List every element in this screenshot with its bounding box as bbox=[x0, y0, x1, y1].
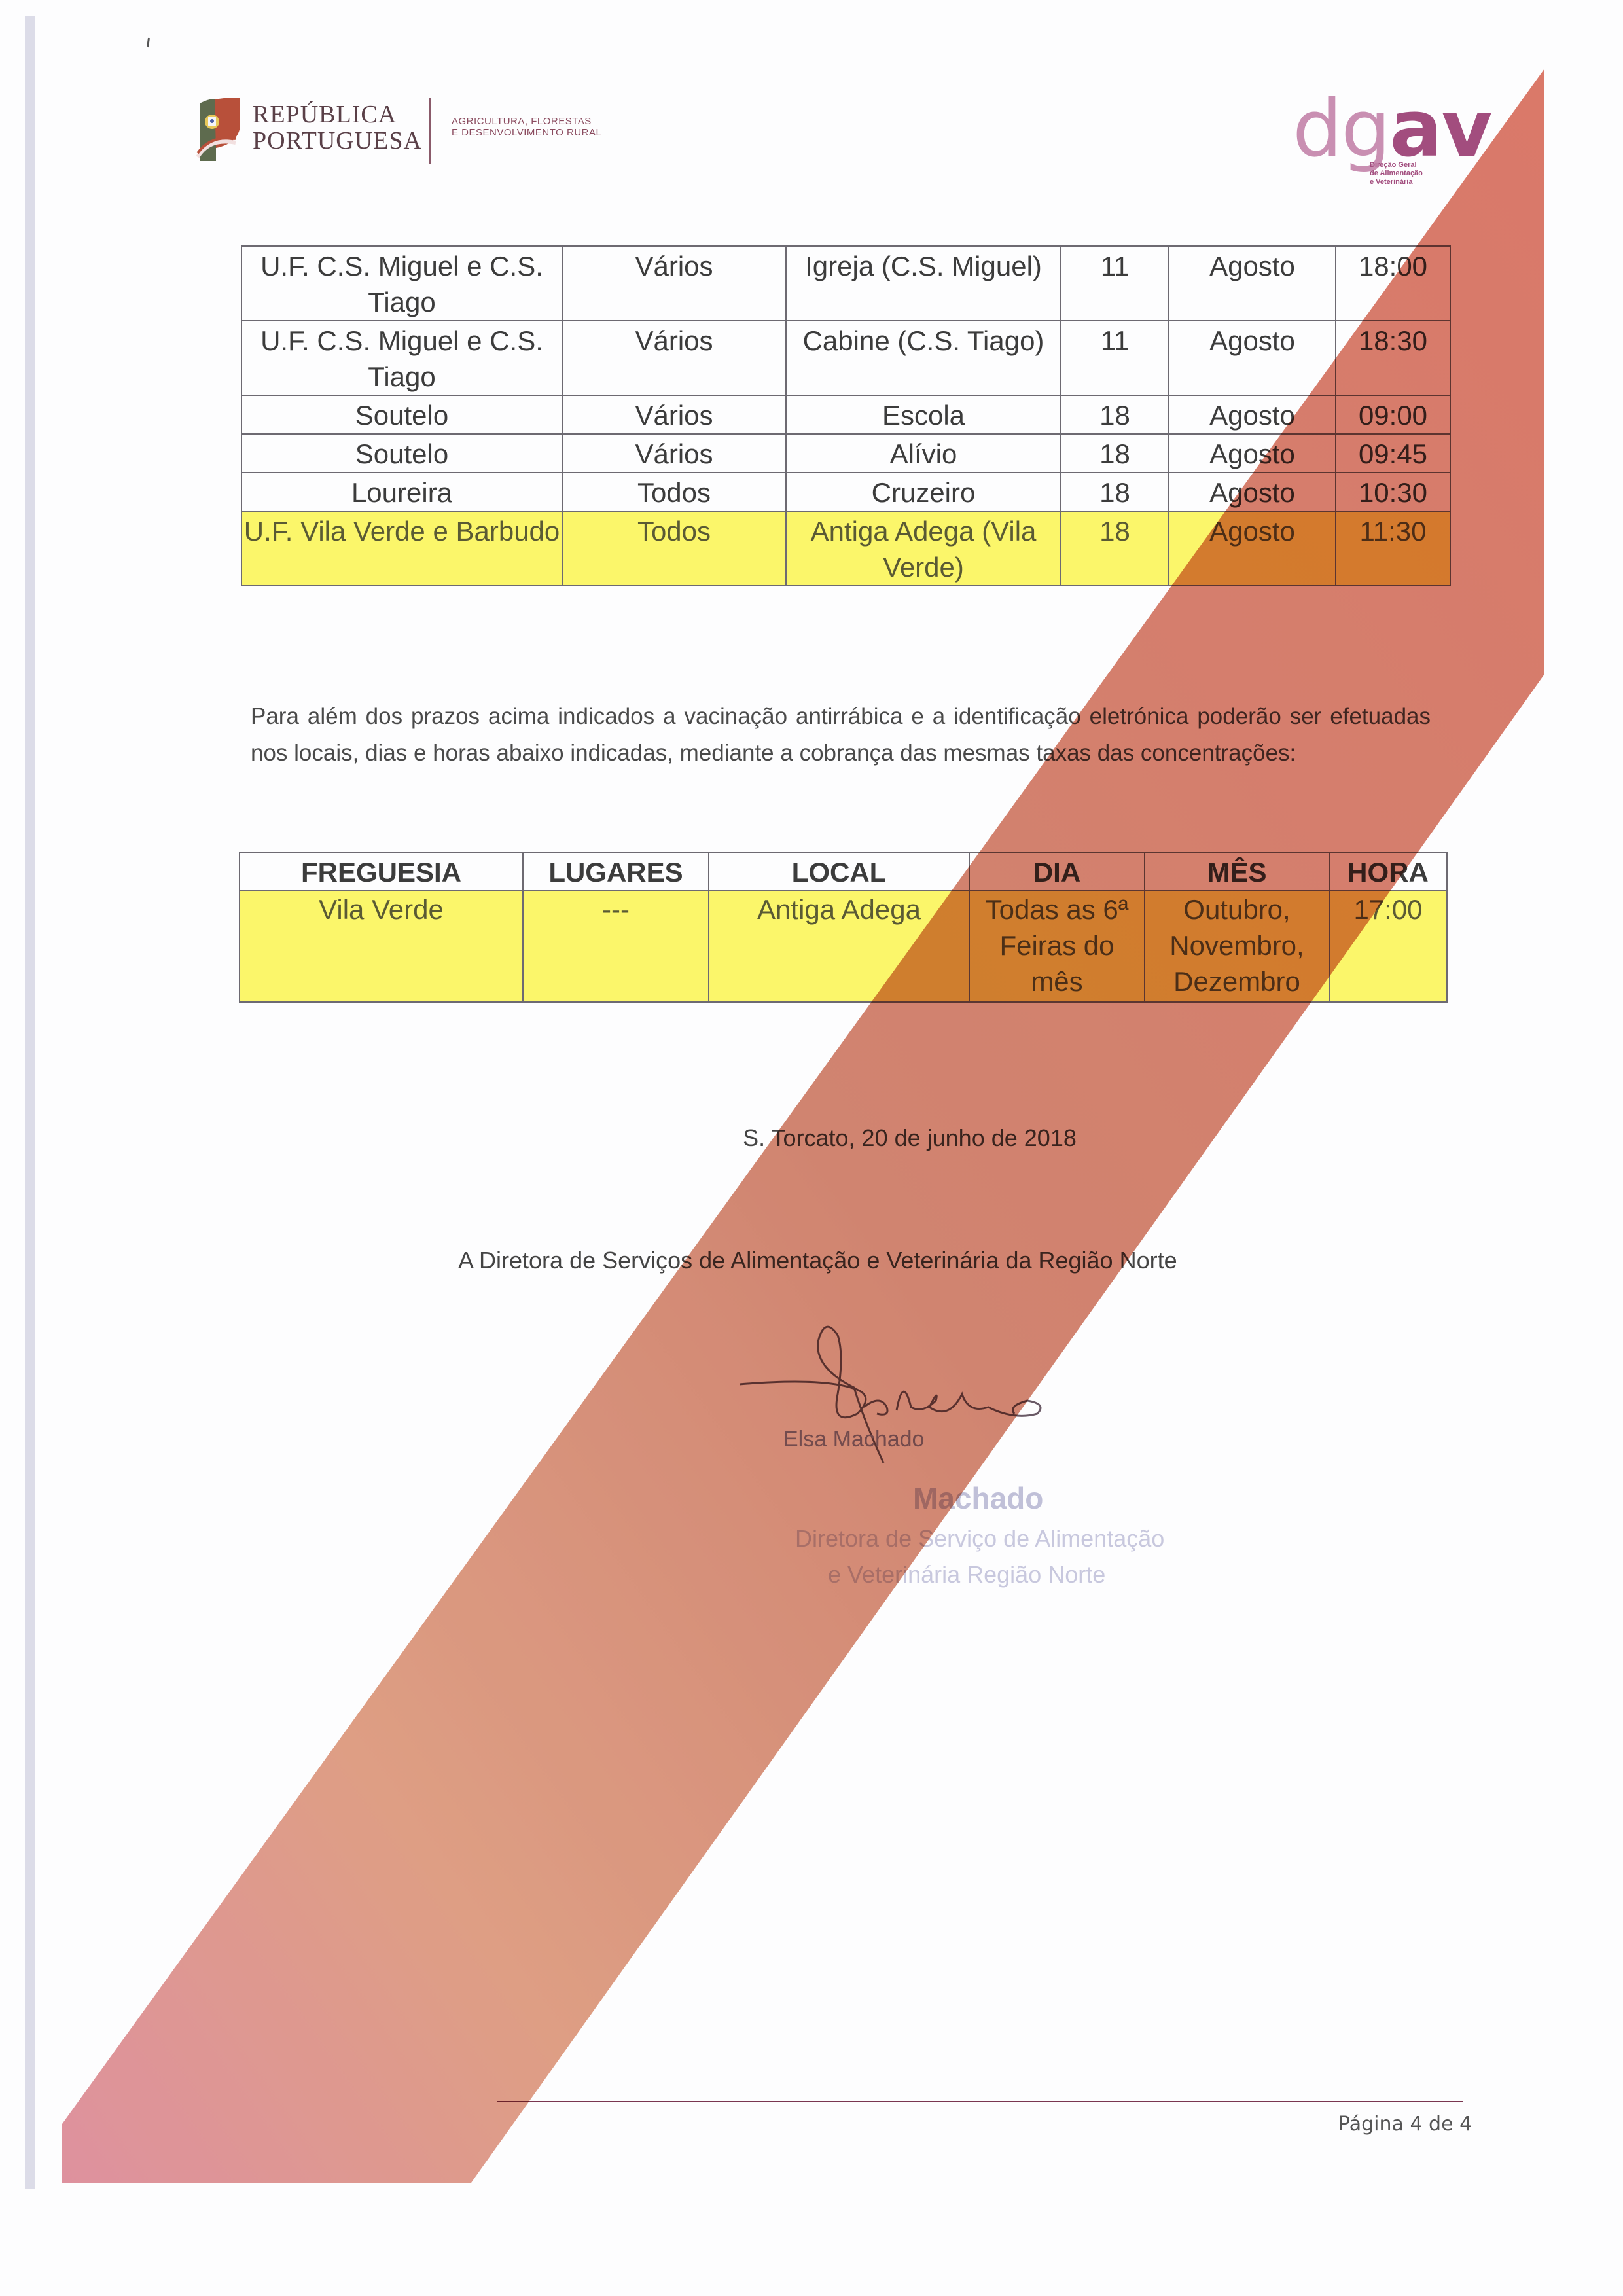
cell-mes: Agosto bbox=[1169, 473, 1336, 511]
dgav-wordmark: dgav bbox=[1293, 97, 1491, 162]
cell-dia: Todas as 6ª Feiras do mês bbox=[969, 891, 1145, 1002]
permanent-location-table: FREGUESIALUGARESLOCALDIAMÊSHORA Vila Ver… bbox=[239, 852, 1448, 1003]
column-header: MÊS bbox=[1145, 853, 1329, 891]
dgav-subtitle-line-2: de Alimentação bbox=[1370, 170, 1423, 178]
footer-rule bbox=[497, 2101, 1463, 2102]
cell-hora: 18:30 bbox=[1336, 321, 1450, 395]
cell-dia: 18 bbox=[1061, 395, 1169, 434]
scan-edge-strip bbox=[25, 16, 35, 2189]
government-name: REPÚBLICA PORTUGUESA bbox=[253, 101, 422, 154]
cell-lugares: --- bbox=[523, 891, 709, 1002]
cell-dia: 11 bbox=[1061, 246, 1169, 321]
place-date: S. Torcato, 20 de junho de 2018 bbox=[0, 1124, 1623, 1152]
column-header: HORA bbox=[1329, 853, 1447, 891]
stamp-name: Machado bbox=[913, 1480, 1043, 1516]
column-header: LOCAL bbox=[709, 853, 969, 891]
table-row: SouteloVáriosAlívio18Agosto09:45 bbox=[241, 434, 1450, 473]
column-header: LUGARES bbox=[523, 853, 709, 891]
cell-local: Cruzeiro bbox=[786, 473, 1061, 511]
cell-dia: 18 bbox=[1061, 511, 1169, 586]
cell-dia: 11 bbox=[1061, 321, 1169, 395]
cell-mes: Agosto bbox=[1169, 321, 1336, 395]
vaccination-schedule-table: U.F. C.S. Miguel e C.S. TiagoVáriosIgrej… bbox=[241, 245, 1451, 586]
cell-freguesia: Soutelo bbox=[241, 434, 562, 473]
cell-local: Igreja (C.S. Miguel) bbox=[786, 246, 1061, 321]
table-row: U.F. Vila Verde e BarbudoTodosAntiga Ade… bbox=[241, 511, 1450, 586]
cell-hora: 11:30 bbox=[1336, 511, 1450, 586]
cell-freguesia: Loureira bbox=[241, 473, 562, 511]
cell-dia: 18 bbox=[1061, 434, 1169, 473]
gov-name-line-2: PORTUGUESA bbox=[253, 128, 422, 154]
cell-freguesia: U.F. C.S. Miguel e C.S. Tiago bbox=[241, 321, 562, 395]
cell-dia: 18 bbox=[1061, 473, 1169, 511]
table-row: Vila Verde---Antiga AdegaTodas as 6ª Fei… bbox=[240, 891, 1447, 1002]
cell-hora: 17:00 bbox=[1329, 891, 1447, 1002]
page-number: Página 4 de 4 bbox=[1338, 2113, 1472, 2136]
cell-lugares: Vários bbox=[562, 395, 786, 434]
cell-hora: 10:30 bbox=[1336, 473, 1450, 511]
cell-mes: Agosto bbox=[1169, 434, 1336, 473]
ministry-name: AGRICULTURA, FLORESTAS E DESENVOLVIMENTO… bbox=[452, 116, 601, 138]
signatory-role: A Diretora de Serviços de Alimentação e … bbox=[458, 1247, 1177, 1274]
dgav-subtitle-line-1: Direção Geral bbox=[1370, 161, 1423, 170]
cell-mes: Outubro, Novembro, Dezembro bbox=[1145, 891, 1329, 1002]
stamp-title-line-1: Diretora de Serviço de Alimentação bbox=[795, 1525, 1164, 1552]
column-header: FREGUESIA bbox=[240, 853, 523, 891]
dgav-subtitle: Direção Geral de Alimentação e Veterinár… bbox=[1370, 161, 1423, 187]
column-header: DIA bbox=[969, 853, 1145, 891]
cell-hora: 09:00 bbox=[1336, 395, 1450, 434]
cell-freguesia: Vila Verde bbox=[240, 891, 523, 1002]
cell-freguesia: Soutelo bbox=[241, 395, 562, 434]
ministry-line-1: AGRICULTURA, FLORESTAS bbox=[452, 116, 601, 127]
cell-local: Cabine (C.S. Tiago) bbox=[786, 321, 1061, 395]
stamp-title-line-2: e Veterinária Região Norte bbox=[828, 1561, 1105, 1588]
info-paragraph: Para além dos prazos acima indicados a v… bbox=[251, 698, 1431, 772]
dgav-subtitle-line-3: e Veterinária bbox=[1370, 178, 1423, 187]
cell-hora: 18:00 bbox=[1336, 246, 1450, 321]
cell-mes: Agosto bbox=[1169, 246, 1336, 321]
signature-printed-name: Elsa Machado bbox=[783, 1427, 924, 1452]
cell-local: Escola bbox=[786, 395, 1061, 434]
cell-lugares: Todos bbox=[562, 511, 786, 586]
cell-lugares: Vários bbox=[562, 321, 786, 395]
table-row: U.F. C.S. Miguel e C.S. TiagoVáriosCabin… bbox=[241, 321, 1450, 395]
cell-mes: Agosto bbox=[1169, 395, 1336, 434]
cell-lugares: Vários bbox=[562, 434, 786, 473]
dgav-logo: dgav Direção Geral de Alimentação e Vete… bbox=[1293, 97, 1491, 162]
table-row: U.F. C.S. Miguel e C.S. TiagoVáriosIgrej… bbox=[241, 246, 1450, 321]
table-header-row: FREGUESIALUGARESLOCALDIAMÊSHORA bbox=[240, 853, 1447, 891]
cell-lugares: Vários bbox=[562, 246, 786, 321]
cell-local: Antiga Adega (Vila Verde) bbox=[786, 511, 1061, 586]
portuguese-republic-emblem-icon bbox=[196, 97, 241, 161]
cell-lugares: Todos bbox=[562, 473, 786, 511]
cell-freguesia: U.F. C.S. Miguel e C.S. Tiago bbox=[241, 246, 562, 321]
cell-mes: Agosto bbox=[1169, 511, 1336, 586]
table-row: LoureiraTodosCruzeiro18Agosto10:30 bbox=[241, 473, 1450, 511]
cell-hora: 09:45 bbox=[1336, 434, 1450, 473]
ministry-line-2: E DESENVOLVIMENTO RURAL bbox=[452, 127, 601, 138]
stray-mark bbox=[147, 38, 150, 47]
cell-freguesia: U.F. Vila Verde e Barbudo bbox=[241, 511, 562, 586]
header-divider bbox=[429, 98, 431, 164]
table-row: SouteloVáriosEscola18Agosto09:00 bbox=[241, 395, 1450, 434]
gov-name-line-1: REPÚBLICA bbox=[253, 101, 422, 128]
cell-local: Alívio bbox=[786, 434, 1061, 473]
cell-local: Antiga Adega bbox=[709, 891, 969, 1002]
